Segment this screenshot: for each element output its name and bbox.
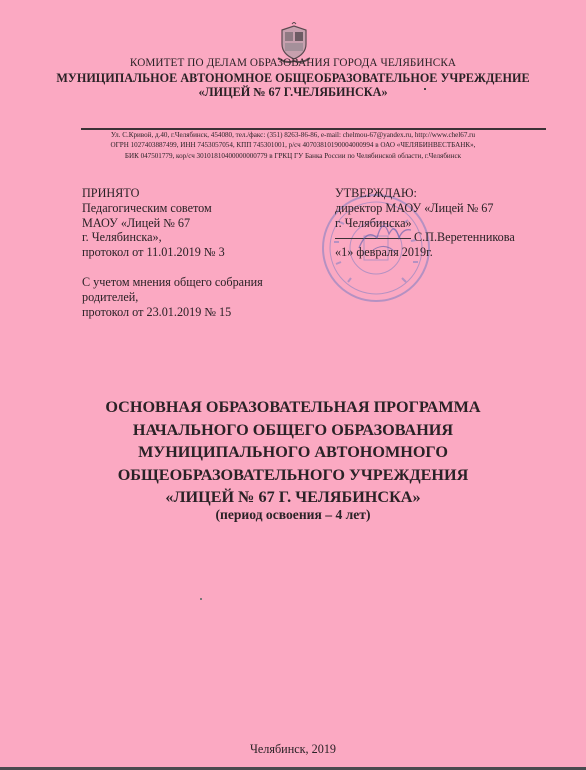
accepted-line: Педагогическим советом xyxy=(82,201,225,216)
document-page: КОМИТЕТ ПО ДЕЛАМ ОБРАЗОВАНИЯ ГОРОДА ЧЕЛЯ… xyxy=(0,0,586,767)
approved-heading: УТВЕРЖДАЮ: xyxy=(335,186,515,201)
parents-protocol: протокол от 23.01.2019 № 15 xyxy=(82,305,263,320)
footer-city-year: Челябинск, 2019 xyxy=(0,742,586,757)
accepted-line: МАОУ «Лицей № 67 xyxy=(82,216,225,231)
institution-name: «ЛИЦЕЙ № 67 Г.ЧЕЛЯБИНСКА» xyxy=(0,85,586,100)
accepted-heading: ПРИНЯТО xyxy=(82,186,225,201)
program-title: ОСНОВНАЯ ОБРАЗОВАТЕЛЬНАЯ ПРОГРАММА НАЧАЛ… xyxy=(0,396,586,509)
title-line: ОСНОВНАЯ ОБРАЗОВАТЕЛЬНАЯ ПРОГРАММА xyxy=(0,396,586,419)
scan-speck xyxy=(424,88,426,90)
committee-name: КОМИТЕТ ПО ДЕЛАМ ОБРАЗОВАНИЯ ГОРОДА ЧЕЛЯ… xyxy=(0,57,586,69)
contact-line-bank: ОГРН 1027403887499, ИНН 7453057054, КПП … xyxy=(0,140,586,150)
signatory-name: С.П.Веретенникова xyxy=(414,230,515,244)
institution-type: МУНИЦИПАЛЬНОЕ АВТОНОМНОЕ ОБЩЕОБРАЗОВАТЕЛ… xyxy=(0,71,586,86)
title-line: МУНИЦИПАЛЬНОГО АВТОНОМНОГО xyxy=(0,441,586,464)
accepted-protocol: протокол от 11.01.2019 № 3 xyxy=(82,245,225,260)
title-line: НАЧАЛЬНОГО ОБЩЕГО ОБРАЗОВАНИЯ xyxy=(0,419,586,442)
title-line: ОБЩЕОБРАЗОВАТЕЛЬНОГО УЧРЕЖДЕНИЯ xyxy=(0,464,586,487)
parents-line: родителей, xyxy=(82,290,263,305)
accepted-line: г. Челябинска», xyxy=(82,230,225,245)
contact-details: Ул. С.Кривой, д.40, г.Челябинск, 454080,… xyxy=(0,130,586,161)
parents-line: С учетом мнения общего собрания xyxy=(82,275,263,290)
title-line: «ЛИЦЕЙ № 67 Г. ЧЕЛЯБИНСКА» xyxy=(0,486,586,509)
contact-line-address: Ул. С.Кривой, д.40, г.Челябинск, 454080,… xyxy=(0,130,586,140)
handwritten-signature-icon xyxy=(355,208,415,258)
contact-line-bik: БИК 047501779, кор/сч 301018104000000007… xyxy=(0,151,586,161)
parents-opinion-block: С учетом мнения общего собрания родителе… xyxy=(82,275,263,319)
scan-speck xyxy=(200,598,202,600)
program-subtitle: (период освоения – 4 лет) xyxy=(0,507,586,523)
accepted-block: ПРИНЯТО Педагогическим советом МАОУ «Лиц… xyxy=(82,186,225,260)
